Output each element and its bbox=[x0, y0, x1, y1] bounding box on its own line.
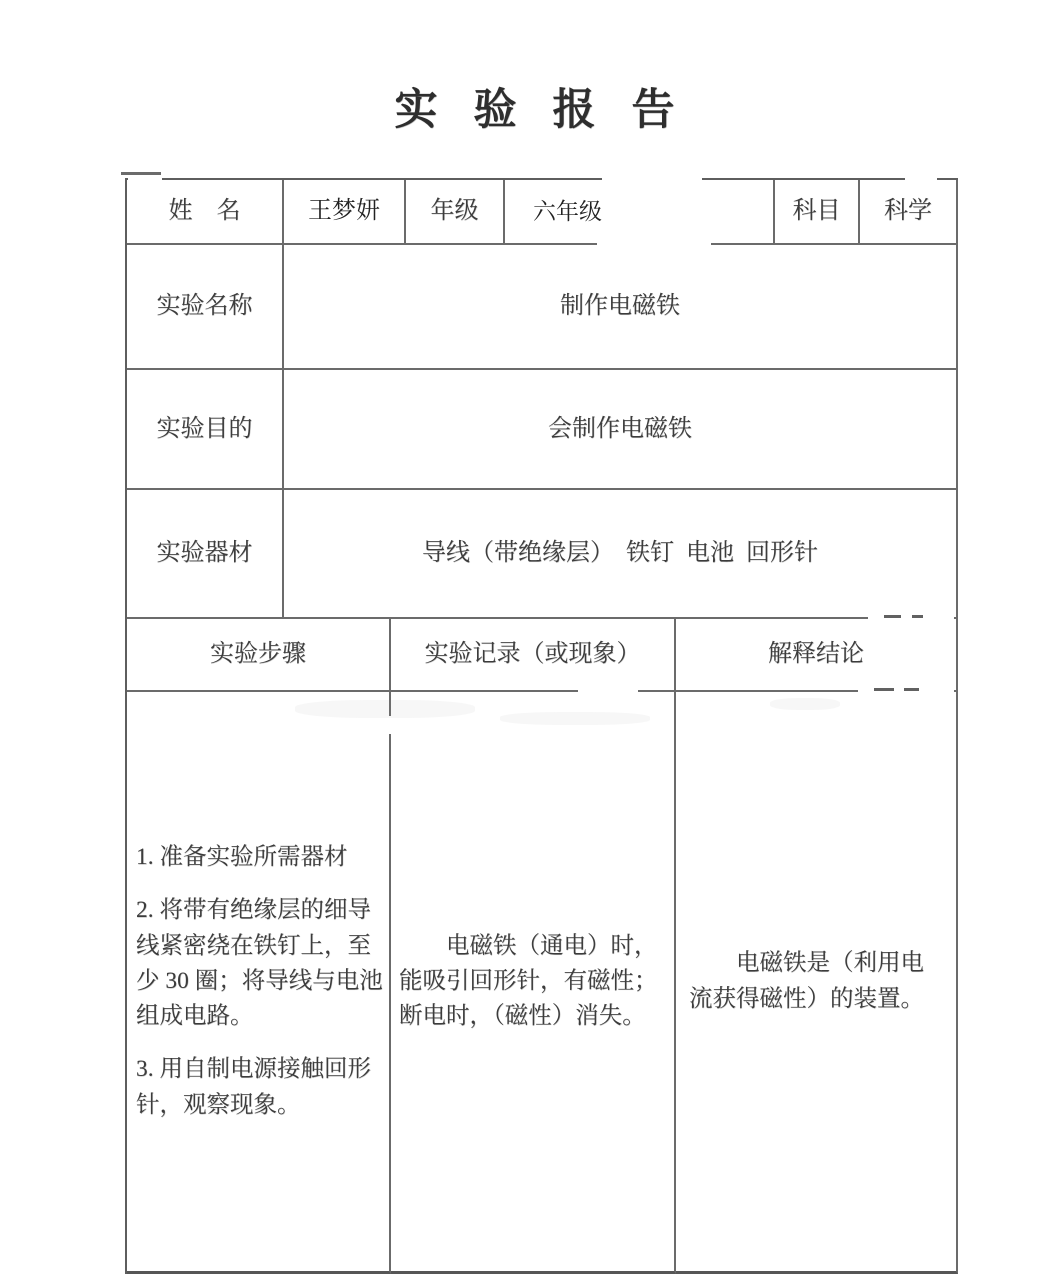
border-gap-header-top bbox=[868, 613, 954, 620]
grade-label-cell: 年级 bbox=[406, 180, 505, 245]
scan-smudge-1 bbox=[295, 700, 475, 718]
materials-value-cell: 导线（带绝缘层） 铁钉 电池 回形针 bbox=[284, 490, 958, 619]
materials-label-cell: 实验器材 bbox=[127, 490, 284, 619]
purpose-value-cell: 会制作电磁铁 bbox=[284, 370, 958, 490]
border-gap-row1-bottom bbox=[597, 240, 711, 247]
dash-header-bottom-1 bbox=[874, 688, 894, 691]
name-value-cell: 王梦妍 bbox=[284, 180, 406, 245]
experiment-report-page: 实 验 报 告 姓 名 王梦妍 年级 六年级 科目 科学 实验名称 制作电磁铁 … bbox=[0, 0, 1044, 1287]
steps-content-cell: 1. 准备实验所需器材 2. 将带有绝缘层的细导线紧密绕在铁钉上，至少 30 圈… bbox=[127, 692, 391, 1274]
subject-label-cell: 科目 bbox=[775, 180, 860, 245]
conclusion-text: 电磁铁是（利用电流获得磁性）的装置。 bbox=[689, 946, 946, 1017]
conclusion-content-cell: 电磁铁是（利用电流获得磁性）的装置。 bbox=[676, 692, 958, 1274]
border-gap-top-left bbox=[128, 176, 162, 182]
step-item-1: 1. 准备实验所需器材 bbox=[136, 840, 383, 875]
scan-smudge-2 bbox=[500, 712, 650, 725]
corner-line-fragment bbox=[121, 172, 161, 175]
records-header-cell: 实验记录（或现象） bbox=[391, 619, 676, 692]
border-gap-top-right bbox=[905, 175, 937, 182]
dash-header-bottom-2 bbox=[904, 688, 919, 691]
subject-value-cell: 科学 bbox=[860, 180, 958, 245]
page-title: 实 验 报 告 bbox=[125, 76, 956, 137]
experiment-name-value-cell: 制作电磁铁 bbox=[284, 245, 958, 370]
experiment-name-label-cell: 实验名称 bbox=[127, 245, 284, 370]
dash-header-top-2 bbox=[912, 615, 923, 618]
purpose-label-cell: 实验目的 bbox=[127, 370, 284, 490]
records-text: 电磁铁（通电）时，能吸引回形针，有磁性；断电时，（磁性）消失。 bbox=[399, 929, 669, 1035]
border-gap-content-top bbox=[578, 687, 638, 693]
steps-header-cell: 实验步骤 bbox=[127, 619, 391, 692]
records-content-cell: 电磁铁（通电）时，能吸引回形针，有磁性；断电时，（磁性）消失。 bbox=[391, 692, 676, 1274]
grade-value-cell: 六年级 bbox=[505, 180, 775, 245]
name-label-cell: 姓 名 bbox=[127, 180, 284, 245]
border-gap-divider bbox=[386, 716, 394, 734]
conclusion-header-cell: 解释结论 bbox=[676, 619, 958, 692]
border-gap-top-middle bbox=[602, 175, 702, 182]
scan-smudge-3 bbox=[770, 698, 840, 710]
step-item-2: 2. 将带有绝缘层的细导线紧密绕在铁钉上，至少 30 圈；将导线与电池组成电路。 bbox=[136, 893, 383, 1034]
step-item-3: 3. 用自制电源接触回形针，观察现象。 bbox=[136, 1052, 383, 1123]
report-table: 姓 名 王梦妍 年级 六年级 科目 科学 实验名称 制作电磁铁 实验目的 会制作… bbox=[125, 178, 958, 1274]
dash-header-top-1 bbox=[884, 615, 901, 618]
